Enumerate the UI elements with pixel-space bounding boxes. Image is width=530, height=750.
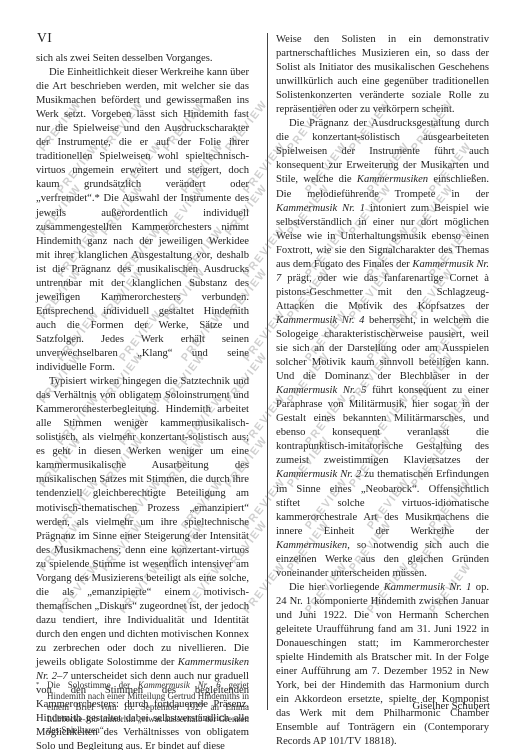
paragraph: Weise den Solisten in ein demonstrativ p… [276,33,489,117]
right-column: Weise den Solisten in ein demonstrativ p… [276,33,489,749]
italic-title-text: Kammermusik Nr. 6 [138,680,221,690]
left-column: sich als zwei Seiten desselben Vorganges… [36,52,249,750]
body-text: prägt, oder wie das fanfarenartige Corne… [276,273,489,312]
body-text: Weise den Solisten in ein demonstrativ p… [276,34,489,115]
body-text: Typisiert wirken hingegen die Satztechni… [36,376,249,668]
italic-title-text: Kammermusik Nr. 4 [276,315,364,326]
paragraph: Die hier vorliegende Kammermusik Nr. 1 o… [276,581,489,750]
italic-title-text: Kammermusik Nr. 1 [384,582,472,593]
italic-title-text: Kammermusik Nr. 2 [276,469,361,480]
body-text: Die hier vorliegende [289,582,384,593]
page-number: VI [37,30,52,46]
italic-title-text: Kammermusik Nr. 1 [276,203,365,214]
footnote-mark: * [36,679,39,690]
body-text: sich als zwei Seiten desselben Vorganges… [36,53,213,64]
body-text: Die Einheitlichkeit dieser Werkreihe kan… [36,67,249,373]
italic-title-text: Kammermusik Nr. 5 [276,385,366,396]
body-text: führt konsequent zu einer Paraphrase von… [276,385,489,466]
paragraph: sich als zwei Seiten desselben Vorganges… [36,52,249,66]
column-divider-rule [267,33,268,710]
footnote: * Die Solostimme der Kammermusik Nr. 6 g… [36,680,249,736]
italic-title-text: Kammermusiken [357,174,428,185]
footnote-text: Die Solostimme der Kammermusik Nr. 6 ger… [36,680,249,736]
paragraph: Die Prägnanz der Ausdrucksgestaltung dur… [276,117,489,581]
body-text: op. 24 Nr. 1 komponierte Hindemith zwisc… [276,582,489,748]
body-text: Die Solostimme der [47,680,138,690]
paragraph: Die Einheitlichkeit dieser Werkreihe kan… [36,66,249,375]
italic-title-text: Kammermusiken [276,540,347,551]
author-signature: Giselher Schubert [412,700,490,712]
